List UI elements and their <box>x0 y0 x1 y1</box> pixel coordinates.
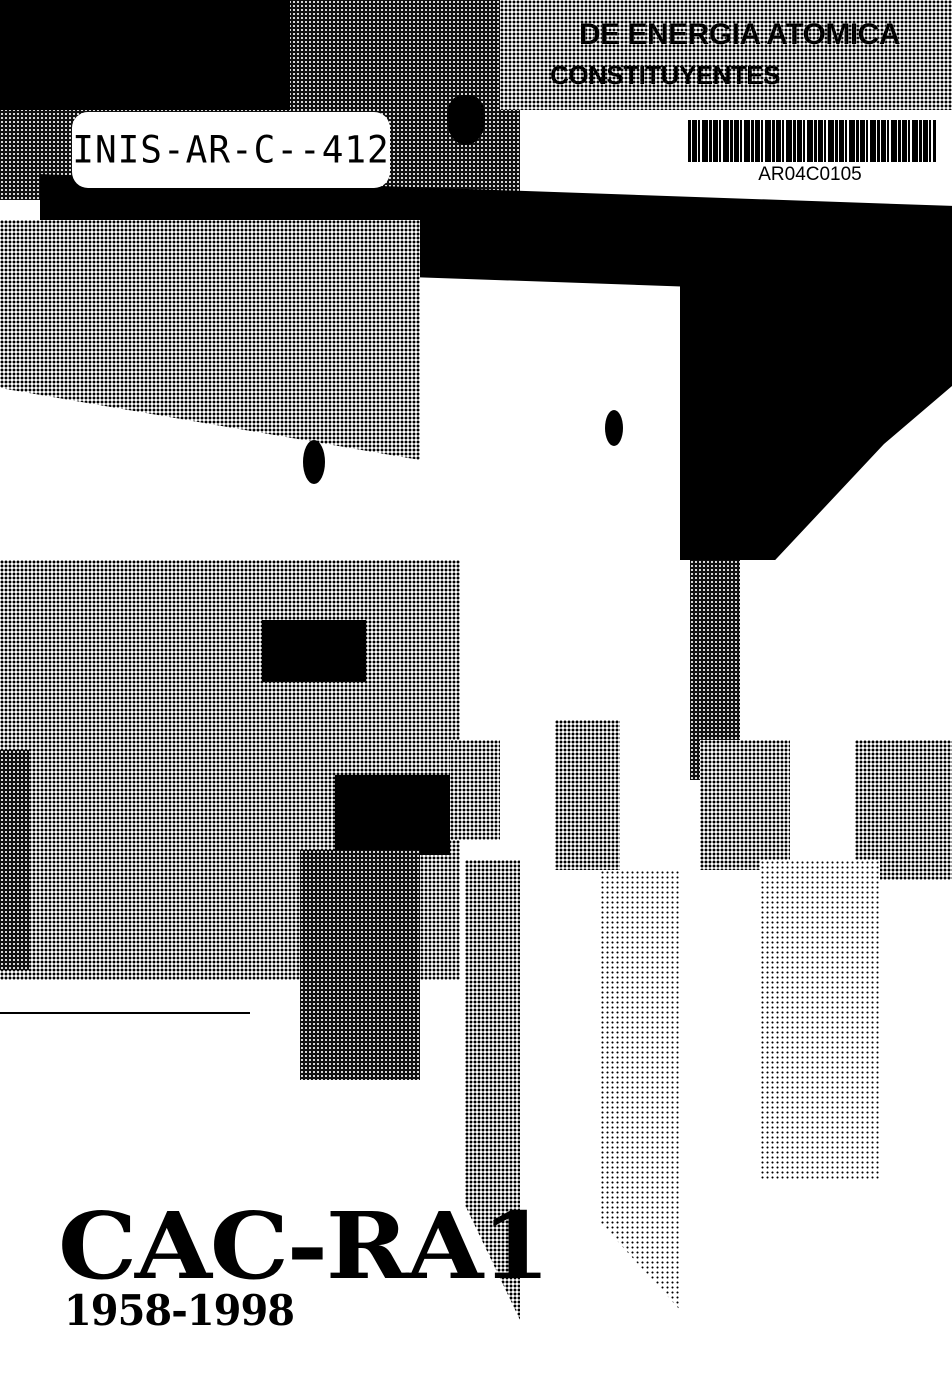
photo-block <box>555 720 620 870</box>
photo-block <box>0 750 30 970</box>
photo-block <box>450 740 500 840</box>
photo-block <box>335 775 450 855</box>
header-institution: DE ENERGIA ATOMICA <box>290 18 900 52</box>
barcode-code: AR04C0105 <box>668 164 952 186</box>
inis-label: INIS-AR-C--412 <box>72 112 390 188</box>
photo-block <box>855 740 952 880</box>
barcode-sticker: AR04C0105 <box>668 110 952 192</box>
barcode-icon <box>688 120 936 162</box>
photo-panel <box>760 860 880 1180</box>
crane-leg <box>680 270 952 560</box>
cover-years: 1958-1998 <box>64 1290 294 1332</box>
inis-label-text: INIS-AR-C--412 <box>72 128 389 171</box>
cover-title: CAC-RA1 <box>58 1200 548 1292</box>
photo-wall-upper <box>0 220 420 460</box>
photo-panel <box>600 870 680 1310</box>
floor-line <box>0 1012 250 1014</box>
photo-block <box>300 850 420 1080</box>
photo-shadow-top-left <box>0 0 290 110</box>
hanging-box <box>262 620 366 682</box>
lamp-icon <box>303 440 325 484</box>
header-subtitle: CONSTITUYENTES <box>290 60 780 91</box>
lamp-icon <box>605 410 623 446</box>
lamp-icon <box>447 95 485 145</box>
cover-page: DE ENERGIA ATOMICA CONSTITUYENTES INIS-A… <box>0 0 952 1377</box>
photo-block <box>700 740 790 870</box>
photo-ceiling <box>500 0 952 110</box>
